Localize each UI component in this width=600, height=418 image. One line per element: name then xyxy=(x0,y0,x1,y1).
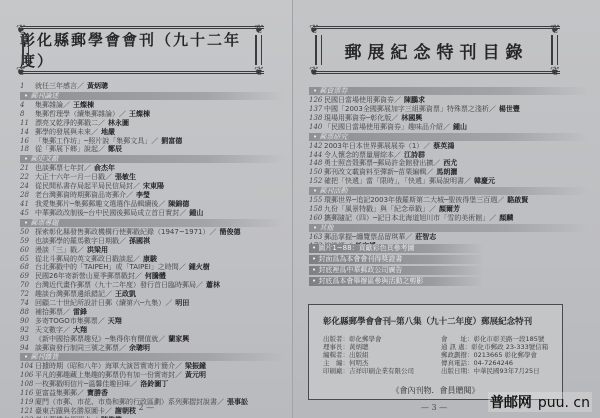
toc-author: 西尤 xyxy=(443,159,457,168)
toc-article-title: 集郵哲理學（續集郵雜論） xyxy=(35,110,119,119)
toc-article-title: 趣談台灣郵票邊紙錯記 xyxy=(35,290,105,299)
toc-author: 天翔 xyxy=(108,317,122,326)
toc-separator: ／ xyxy=(105,173,112,182)
toc-entry: 152確把「快遞」當「限時」，「快遞」郵局說明書 ／韓慶元 xyxy=(309,177,589,186)
toc-page-number: 65 xyxy=(20,255,35,264)
right-toc: • 郵資票券126民國日當場使用郵資券 ／陳鵬求137中國「2003全國郵展加字… xyxy=(309,86,589,251)
toc-separator: ／ xyxy=(135,272,142,281)
toc-separator: ／ xyxy=(391,114,398,123)
toc-entry: 21也談郵票七年封 ／俞杰年 xyxy=(20,164,285,173)
toc-section-label: 郵票專題 xyxy=(30,219,58,227)
toc-separator: ／ xyxy=(196,281,203,290)
toc-section-header: • 郵資票券 xyxy=(309,87,589,95)
toc-author: 陳鵬求 xyxy=(404,96,425,105)
toc-page-number: 41 xyxy=(20,200,35,209)
toc-article-title: 九份「風景特戳」與「紀念章戳」 xyxy=(324,205,429,214)
toc-author: 林永圖 xyxy=(108,119,129,128)
toc-page-number: 94 xyxy=(20,344,35,353)
toc-author: 鍾山 xyxy=(453,123,467,132)
toc-entry: 150郵刊改文載資料至彈新─苗栗編輯 ／馬朗灑 xyxy=(309,168,589,177)
toc-page-number: 148 xyxy=(309,159,324,168)
toc-entry: 140「民國日當場使用郵資券」趣味品介紹 ／鍾山 xyxy=(309,123,589,132)
toc-separator: ／ xyxy=(84,164,91,173)
toc-separator: ／ xyxy=(405,233,412,242)
toc-separator: ／ xyxy=(210,228,217,237)
toc-separator: ／ xyxy=(443,123,450,132)
toc-author: 簡俊德 xyxy=(220,228,241,237)
toc-entry: 106平凡的郵趣藏上集趣的郵票仍有加一份實寄封 ／黃元明 xyxy=(20,371,285,380)
toc-separator: ／ xyxy=(489,214,496,223)
toc-page-number: 50 xyxy=(20,228,35,237)
toc-separator: ／ xyxy=(426,168,433,177)
toc-entry: 28老台灣郵資時期郵資品寄郵介 ／李瑩 xyxy=(20,191,285,200)
toc-author: 地嚴 xyxy=(101,128,115,137)
notice-item: • 封底裡爲中華郵政公司廣告 xyxy=(309,266,484,275)
toc-entry: 18從「郵展下鄉」說起 ／鄭辰 xyxy=(20,145,285,154)
toc-article-title: 漂亮又乾淨的郵戳二 xyxy=(35,119,98,128)
toc-entry: 155環郵世界─追記2003年俄羅斯第二大城─聖彼得堡三百週 ／駱啟賢 xyxy=(309,196,589,205)
toc-entry: 1422003年日本世界郵展展券（1） ／蔡英鴻 xyxy=(309,142,589,151)
toc-author: 李瑩 xyxy=(136,191,150,200)
notice-text: 圖片1~88：貢獻彩色頁參考圖 xyxy=(318,244,414,252)
toc-entry: 69民國26年寄新營山夏季郵票戳封 ／何騰體 xyxy=(20,272,285,281)
ornament-icon: ❦ xyxy=(309,23,323,35)
toc-article-title: 談郵資發行制同三號之郵票 xyxy=(35,344,119,353)
toc-page-number: 160 xyxy=(309,214,324,223)
toc-author: 明田 xyxy=(175,299,189,308)
toc-article-title: 勇士照音殼郵票─郵局許金館發出擴 xyxy=(324,159,433,168)
toc-separator: ／ xyxy=(119,110,126,119)
toc-entry: 108一枚郵戳明信片─溫馨佳趣回味 ／洛鈴圖丁 xyxy=(20,380,285,389)
toc-author: 何騰體 xyxy=(145,272,166,281)
toc-separator: ／ xyxy=(179,209,186,218)
toc-section-label: 郵刊論述 xyxy=(30,92,58,100)
toc-separator: ／ xyxy=(175,371,182,380)
toc-entry: 74回顧二十世紀所設計日郵（續第六─九集） ／明田 xyxy=(20,299,285,308)
toc-page-number: 24 xyxy=(20,182,35,191)
toc-separator: ／ xyxy=(497,196,504,205)
toc-article-title: 「民國日當場使用郵資券」趣味品介紹 xyxy=(324,123,443,132)
toc-page-number: 138 xyxy=(309,114,324,123)
toc-article-title: 中國「2003全國郵展加字三組郵資票」特殊票之淺析 xyxy=(324,105,489,114)
toc-author: 顏麟 xyxy=(499,214,513,223)
toc-separator: ／ xyxy=(158,200,165,209)
toc-separator: ／ xyxy=(394,96,401,105)
toc-article-title: 平凡的郵趣藏上集趣的郵票仍有加一份實寄封 xyxy=(35,371,175,380)
toc-entry: 59也談郵學的羅馬數字日期戳 ／孫國祺 xyxy=(20,237,285,246)
toc-article-title: 老台灣郵資時期郵資品寄郵介 xyxy=(35,191,126,200)
toc-entry: 148勇士照音殼郵票─郵局許金館發出擴 ／西尤 xyxy=(309,159,589,168)
page-number-right: — 3 — xyxy=(421,403,447,412)
toc-author: 余聰明 xyxy=(129,344,150,353)
toc-separator: ／ xyxy=(179,263,186,272)
toc-section-label: 郵史文獻 xyxy=(30,155,58,163)
toc-page-number: 92 xyxy=(20,326,35,335)
right-page-title: 郵展紀念特刊目錄 xyxy=(345,38,529,63)
toc-separator: ／ xyxy=(105,290,112,299)
toc-article-title: 郵學的發展與未來 xyxy=(35,128,91,137)
toc-entry: 126民國日當場使用郵資券 ／陳鵬求 xyxy=(309,96,589,105)
toc-separator: ／ xyxy=(91,128,98,137)
page-number-left: — 2 — xyxy=(128,403,154,412)
toc-page-number: 108 xyxy=(20,380,35,389)
toc-section-label: 郵刊雜貨 xyxy=(30,353,58,361)
toc-article-title: 漫談「三」戳 xyxy=(35,246,77,255)
ornament-icon: ❦ xyxy=(16,65,30,77)
colophon-contact-info: 會 址：彰化市彰美路一段185號 通 訊 處：彰化市郵政 23-333號信箱 郵… xyxy=(441,335,548,375)
toc-author: 莊智志 xyxy=(415,233,436,242)
toc-separator: ／ xyxy=(130,380,137,389)
toc-separator: ／ xyxy=(77,82,84,91)
toc-entry: 1就任三年感言 ／黃炳聰 xyxy=(20,82,285,91)
toc-article-title: 補拾郵票 xyxy=(35,308,63,317)
toc-page-number: 45 xyxy=(20,209,35,218)
toc-section-label: 郵票研究 xyxy=(319,133,347,141)
toc-separator: ／ xyxy=(175,362,182,371)
toc-article-title: 一枚郵戳明信片─溫馨佳趣回味 xyxy=(35,380,130,389)
toc-separator: ／ xyxy=(63,326,70,335)
toc-article-title: 就任三年感言 xyxy=(35,82,77,91)
toc-article-title: 民國日當場使用郵資券 xyxy=(324,96,394,105)
toc-page-number: 59 xyxy=(20,237,35,246)
toc-article-title: 攜郵隨記（四）─記日本北海道旭川市「雪的美術館」 xyxy=(324,214,489,223)
toc-separator: ／ xyxy=(63,308,70,317)
colophon-box: 彰化縣郵學會會刊─第八集（九十二年度）郵展紀念特刊 出版者：彰化郵學會 理事長：… xyxy=(308,304,563,400)
toc-entry: 8集郵哲理學（續集郵雜論） ／王燦棟 xyxy=(20,110,285,119)
toc-author: 王燦棟 xyxy=(73,101,94,110)
toc-separator: ／ xyxy=(98,119,105,128)
toc-page-number: 158 xyxy=(309,205,324,214)
toc-article-title: 我愛集郵片─集郵郵趣文選選作品輯續後 xyxy=(35,200,158,209)
toc-entry: 14郵學的發展與未來 ／地嚴 xyxy=(20,128,285,137)
ornament-icon: ❦ xyxy=(309,65,323,77)
toc-article-title: 廈門（市郵、市花、市鳥和郵的行政區劃）系列郵摺封說書 xyxy=(35,398,217,407)
toc-article-title: 郵刊改文載資料至彈新─苗栗編輯 xyxy=(324,168,426,177)
toc-section-label: 郵資票券 xyxy=(319,87,347,95)
toc-page-number: 68 xyxy=(20,263,35,272)
toc-separator: ／ xyxy=(423,142,430,151)
toc-separator: ／ xyxy=(158,335,165,344)
toc-author: 洪梁用 xyxy=(87,246,108,255)
toc-article-title: 台灣近代畫作郵票（九十二年度）發行首日臨時郵局 xyxy=(35,281,196,290)
toc-entry: 45中華郵政改制後─台中民國後郵局成立首日實封 ／鍾山 xyxy=(20,209,285,218)
toc-entry: 90多寄TOGO市集郵票 ／天翔 xyxy=(20,317,285,326)
toc-author: 鍾火樹 xyxy=(189,263,210,272)
toc-page-number: 22 xyxy=(20,173,35,182)
left-toc: 1就任三年感言 ／黃炳聰• 郵刊論述4集郵雜論 ／王燦棟8集郵哲理學（續集郵雜論… xyxy=(20,82,285,418)
toc-separator: ／ xyxy=(217,398,224,407)
toc-separator: ／ xyxy=(119,237,126,246)
toc-page-number: 137 xyxy=(309,105,324,114)
toc-article-title: 更富益集郵郵 xyxy=(35,389,77,398)
toc-author: 洛鈴圖丁 xyxy=(140,380,168,389)
toc-entry: 137中國「2003全國郵展加字三組郵資票」特殊票之淺析 ／楊世豐 xyxy=(309,105,589,114)
toc-separator: ／ xyxy=(151,137,158,146)
toc-article-title: 從民間私書存局起平局民信局封 xyxy=(35,182,133,191)
toc-author: 蔡英鴻 xyxy=(433,142,454,151)
toc-author: 張事訟 xyxy=(227,398,248,407)
toc-page-number: 14 xyxy=(20,128,35,137)
ornament-icon: ❦ xyxy=(254,65,268,77)
toc-article-title: 也談郵學的羅馬數字日期戳 xyxy=(35,237,119,246)
toc-page-number: 93 xyxy=(20,335,35,344)
toc-entry: 68台北郵戳中的「TAIPEH」或「TAIPEI」之時間 ／鍾火樹 xyxy=(20,263,285,272)
toc-article-title: 環郵世界─追記2003年俄羅斯第二大城─聖彼得堡三百週 xyxy=(324,196,497,205)
toc-entry: 92天文數字 ／大翔 xyxy=(20,326,285,335)
toc-article-title: 《新中國拾郵票趣兒》─集得你有價值就 xyxy=(35,335,158,344)
toc-separator: ／ xyxy=(464,177,471,186)
toc-entry: 11漂亮又乾淨的郵戳二 ／林永圖 xyxy=(20,119,285,128)
toc-page-number: 121 xyxy=(20,407,35,416)
toc-separator: ／ xyxy=(77,389,84,398)
left-page: ❦ ❦ ❦ ❦ 彰化縣郵學會會刊（九十二年度） 1就任三年感言 ／黃炳聰• 郵刊… xyxy=(0,0,293,418)
toc-article-title: 探索彰化縣發售郵政機構行使郵戳紀錄（1947~1971） xyxy=(35,228,210,237)
toc-author: 雷鋒 xyxy=(73,308,87,317)
toc-author: 劉富德 xyxy=(161,137,182,146)
ornament-icon: ❦ xyxy=(550,65,564,77)
toc-page-number: 1 xyxy=(20,82,35,91)
toc-section-header: • 郵票研究 xyxy=(309,133,589,141)
toc-page-number: 69 xyxy=(20,272,35,281)
ornament-icon: ❦ xyxy=(254,23,268,35)
toc-entry: 138現場用郵資券─彰化版 ／林國興 xyxy=(309,114,589,123)
toc-entry: 158九份「風景特戳」與「紀念章戳」 ／顏爾芳 xyxy=(309,205,589,214)
toc-entry: 93《新中國拾郵票趣兒》─集得你有價值就 ／蘭家興 xyxy=(20,335,285,344)
toc-article-title: 臺東古蹟與名勝原圖卡 xyxy=(35,407,105,416)
toc-section-header: • 郵刊活動 xyxy=(309,187,589,195)
toc-article-title: 集郵雜論 xyxy=(35,101,63,110)
toc-author: 王政凱 xyxy=(115,290,136,299)
toc-article-title: 大正十六年一月一日戳 xyxy=(35,173,105,182)
toc-author: 大翔 xyxy=(73,326,87,335)
toc-page-number: 16 xyxy=(20,137,35,146)
toc-page-number: 88 xyxy=(20,308,35,317)
toc-separator: ／ xyxy=(98,145,105,154)
toc-page-number: 74 xyxy=(20,299,35,308)
toc-page-number: 140 xyxy=(309,123,324,132)
ornament-icon: ❦ xyxy=(550,23,564,35)
toc-entry: 60漫談「三」戳 ／洪梁用 xyxy=(20,246,285,255)
toc-page-number: 119 xyxy=(20,398,35,407)
toc-page-number: 18 xyxy=(20,145,35,154)
toc-page-number: 21 xyxy=(20,164,35,173)
notice-item: • 封面爲為本會會刊得獎證書 xyxy=(309,255,484,264)
toc-page-number: 70 xyxy=(20,281,35,290)
toc-separator: ／ xyxy=(489,105,496,114)
toc-author: 寶勝香 xyxy=(87,389,108,398)
toc-author: 駱啟賢 xyxy=(507,196,528,205)
toc-entry: 24從民間私書存局起平局民信局封 ／宋東陽 xyxy=(20,182,285,191)
toc-author: 黃炳聰 xyxy=(87,82,108,91)
toc-author: 蘭家興 xyxy=(168,335,189,344)
toc-page-number: 11 xyxy=(20,119,35,128)
toc-separator: ／ xyxy=(119,344,126,353)
toc-section-header: • 其他 xyxy=(309,224,589,232)
toc-page-number: 104 xyxy=(20,362,35,371)
left-title-frame: ❦ ❦ ❦ ❦ 彰化縣郵學會會刊（九十二年度） xyxy=(20,26,264,74)
toc-author: 孫國祺 xyxy=(129,237,150,246)
booklet-spread: ❦ ❦ ❦ ❦ 彰化縣郵學會會刊（九十二年度） 1就任三年感言 ／黃炳聰• 郵刊… xyxy=(0,0,600,418)
toc-author: 俞杰年 xyxy=(94,164,115,173)
toc-author: 蕭林 xyxy=(206,281,220,290)
toc-page-number: 163 xyxy=(309,233,324,242)
toc-entry: 94談郵資發行制同三號之郵票 ／余聰明 xyxy=(20,344,285,353)
site-watermark: 普邮网puu. cn xyxy=(488,392,592,412)
toc-separator: ／ xyxy=(433,159,440,168)
toc-page-number: 4 xyxy=(20,101,35,110)
toc-author: 林國興 xyxy=(401,114,422,123)
toc-entry: 41我愛集郵片─集郵郵趣文選選作品輯續後 ／陳錦德 xyxy=(20,200,285,209)
notice-text: 封面爲為本會會刊得獎證書 xyxy=(318,255,402,263)
toc-entry: 22大正十六年一月一日戳 ／張敏生 xyxy=(20,173,285,182)
toc-article-title: 回顧二十世紀所設計日郵（續第六─九集） xyxy=(35,299,165,308)
toc-entry: 50探索彰化縣發售郵政機構行使郵戳紀錄（1947~1971） ／簡俊德 xyxy=(20,228,285,237)
toc-author: 鍾山 xyxy=(189,209,203,218)
notice-text: 封底爲本會舉辦區參與活動之剪影 xyxy=(318,277,423,285)
left-page-title: 彰化縣郵學會會刊（九十二年度） xyxy=(20,29,264,71)
toc-entry: 70台灣近代畫作郵票（九十二年度）發行首日臨時郵局 ／蕭林 xyxy=(20,281,285,290)
toc-separator: ／ xyxy=(98,317,105,326)
toc-entry: 88補拾郵票 ／雷鋒 xyxy=(20,308,285,317)
toc-author: 黃元明 xyxy=(185,371,206,380)
toc-page-number: 126 xyxy=(309,96,324,105)
toc-section-header: • 郵票專題 xyxy=(20,219,285,227)
notice-text: 封底裡爲中華郵政公司廣告 xyxy=(318,266,402,274)
right-page: ❦ ❦ ❦ ❦ 郵展紀念特刊目錄 • 郵資票券126民國日當場使用郵資券 ／陳鵬… xyxy=(293,0,600,418)
ornament-icon: ❦ xyxy=(16,23,30,35)
toc-separator: ／ xyxy=(77,246,84,255)
toc-page-number: 152 xyxy=(309,177,324,186)
toc-separator: ／ xyxy=(105,407,112,416)
toc-article-title: 現場用郵資券─彰化版 xyxy=(324,114,391,123)
toc-page-number: 144 xyxy=(309,151,324,160)
toc-article-title: 天文數字 xyxy=(35,326,63,335)
toc-section-header: • 郵刊雜貨 xyxy=(20,353,285,361)
toc-article-title: 多寄TOGO市集郵票 xyxy=(35,317,98,326)
toc-author: 張敏生 xyxy=(115,173,136,182)
toc-section-header: • 郵刊論述 xyxy=(20,92,285,100)
toc-page-number: 60 xyxy=(20,246,35,255)
notice-item: • 圖片1~88：貢獻彩色頁參考圖 xyxy=(309,244,484,253)
toc-section-header: • 郵史文獻 xyxy=(20,155,285,163)
notice-list: • 圖片1~88：貢獻彩色頁參考圖• 封面爲為本會會刊得獎證書• 封底裡爲中華郵… xyxy=(309,244,484,288)
colophon-publisher-info: 出版者：彰化郵學會 理事長：黃炳聰 編輯者：出版組 主 編：何明杰 印刷廠：吉祥… xyxy=(323,335,414,375)
toc-article-title: 台北郵戳中的「TAIPEH」或「TAIPEI」之時間 xyxy=(35,263,179,272)
toc-section-label: 郵刊活動 xyxy=(319,187,347,195)
colophon-title: 彰化縣郵學會會刊─第八集（九十二年度）郵展紀念特刊 xyxy=(323,315,532,327)
right-title-frame: ❦ ❦ ❦ ❦ 郵展紀念特刊目錄 xyxy=(313,26,560,74)
toc-entry: 116更富益集郵郵 ／寶勝香 xyxy=(20,389,285,398)
toc-author: 王燦棟 xyxy=(129,110,150,119)
toc-page-number: 150 xyxy=(309,168,324,177)
notice-item: • 封底爲本會舉辦區參與活動之剪影 xyxy=(309,277,484,286)
toc-entry: 163郵品掌握─纏覽票品留琪華 ／莊智志 xyxy=(309,233,589,242)
toc-separator: ／ xyxy=(63,101,70,110)
toc-author: 宋東陽 xyxy=(143,182,164,191)
toc-page-number: 90 xyxy=(20,317,35,326)
toc-author: 楊世豐 xyxy=(499,105,520,114)
toc-page-number: 106 xyxy=(20,371,35,380)
toc-page-number: 8 xyxy=(20,110,35,119)
toc-article-title: 2003年日本世界郵展展券（1） xyxy=(324,142,423,151)
toc-separator: ／ xyxy=(133,182,140,191)
toc-separator: ／ xyxy=(126,191,133,200)
toc-article-title: 中華郵政改制後─台中民國後郵局成立首日實封 xyxy=(35,209,179,218)
toc-page-number: 28 xyxy=(20,191,35,200)
toc-section-label: 其他 xyxy=(319,224,333,232)
toc-article-title: 確把「快遞」當「限時」，「快遞」郵局說明書 xyxy=(324,177,464,186)
toc-author: 陳錦德 xyxy=(168,200,189,209)
toc-author: 鄭辰 xyxy=(108,145,122,154)
toc-page-number: 142 xyxy=(309,142,324,151)
toc-article-title: 郵品掌握─纏覽票品留琪華 xyxy=(324,233,405,242)
toc-separator: ／ xyxy=(165,299,172,308)
toc-page-number: 155 xyxy=(309,196,324,205)
toc-separator: ／ xyxy=(429,205,436,214)
toc-entry: 160攜郵隨記（四）─記日本北海道旭川市「雪的美術館」 ／顏麟 xyxy=(309,214,589,223)
toc-page-number: 72 xyxy=(20,290,35,299)
toc-entry: 72趣談台灣郵票邊紙錯記 ／王政凱 xyxy=(20,290,285,299)
toc-article-title: 從「郵展下鄉」說起 xyxy=(35,145,98,154)
toc-author: 馬朗灑 xyxy=(436,168,457,177)
toc-author: 顏爾芳 xyxy=(439,205,460,214)
toc-page-number: 116 xyxy=(20,389,35,398)
toc-article-title: 民國26年寄新營山夏季郵票戳封 xyxy=(35,272,135,281)
toc-author: 韓慶元 xyxy=(474,177,495,186)
toc-article-title: 也談郵票七年封 xyxy=(35,164,84,173)
toc-entry: 4集郵雜論 ／王燦棟 xyxy=(20,101,285,110)
